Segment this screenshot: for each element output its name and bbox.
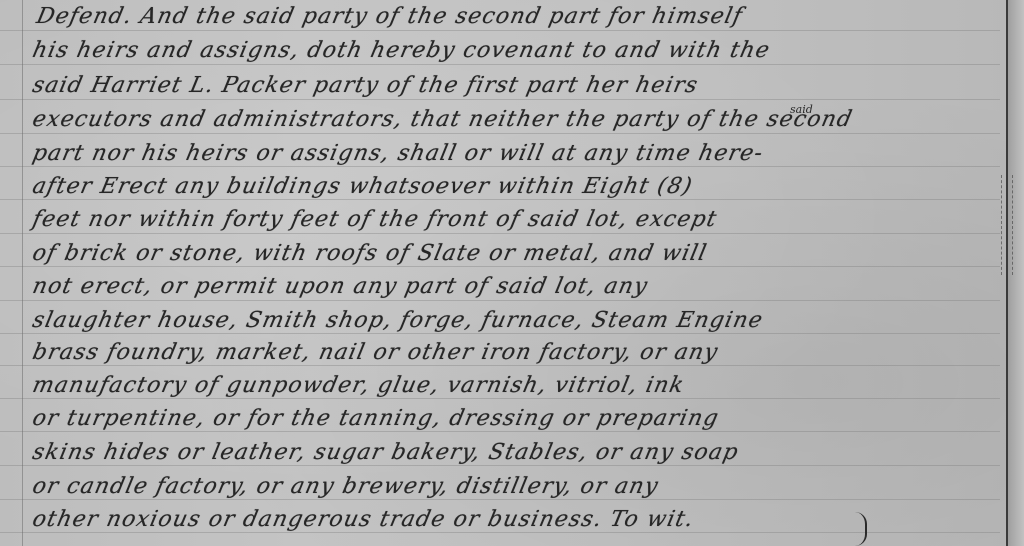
text-line-4: executors and administrators, that neith…	[30, 107, 1006, 133]
ruled-line	[0, 64, 1000, 65]
text-line-14: skins hides or leather, sugar bakery, St…	[30, 440, 1006, 466]
page-edge	[1008, 0, 1024, 546]
left-margin-line	[22, 0, 23, 546]
text-line-6: after Erect any buildings whatsoever wit…	[30, 174, 1006, 200]
document-page: Defend. And the said party of the second…	[0, 0, 1024, 546]
binding-line	[1006, 0, 1008, 546]
interlinear-insertion: said	[790, 103, 813, 116]
text-line-9: not erect, or permit upon any part of sa…	[30, 274, 1006, 300]
binding-stitch	[1012, 175, 1014, 275]
ruled-line	[0, 133, 1000, 134]
text-line-13: or turpentine, or for the tanning, dress…	[30, 406, 1006, 432]
ruled-line	[0, 99, 1000, 100]
text-line-11: brass foundry, market, nail or other iro…	[30, 340, 1006, 366]
ruled-line	[0, 300, 1000, 301]
text-line-15: or candle factory, or any brewery, disti…	[30, 474, 1006, 500]
text-line-7: feet nor within forty feet of the front …	[30, 207, 1006, 233]
closing-bracket-mark	[855, 512, 867, 546]
ruled-line	[0, 30, 1000, 31]
text-line-12: manufactory of gunpowder, glue, varnish,…	[30, 373, 1006, 399]
text-line-8: of brick or stone, with roofs of Slate o…	[30, 241, 1006, 267]
ruled-line	[0, 233, 1000, 234]
text-line-2: his heirs and assigns, doth hereby coven…	[30, 38, 1006, 64]
text-line-5: part nor his heirs or assigns, shall or …	[30, 141, 1006, 167]
text-line-3: said Harriet L. Packer party of the firs…	[30, 73, 1006, 99]
text-line-1: Defend. And the said party of the second…	[34, 4, 1010, 30]
text-line-10: slaughter house, Smith shop, forge, furn…	[30, 308, 1006, 334]
